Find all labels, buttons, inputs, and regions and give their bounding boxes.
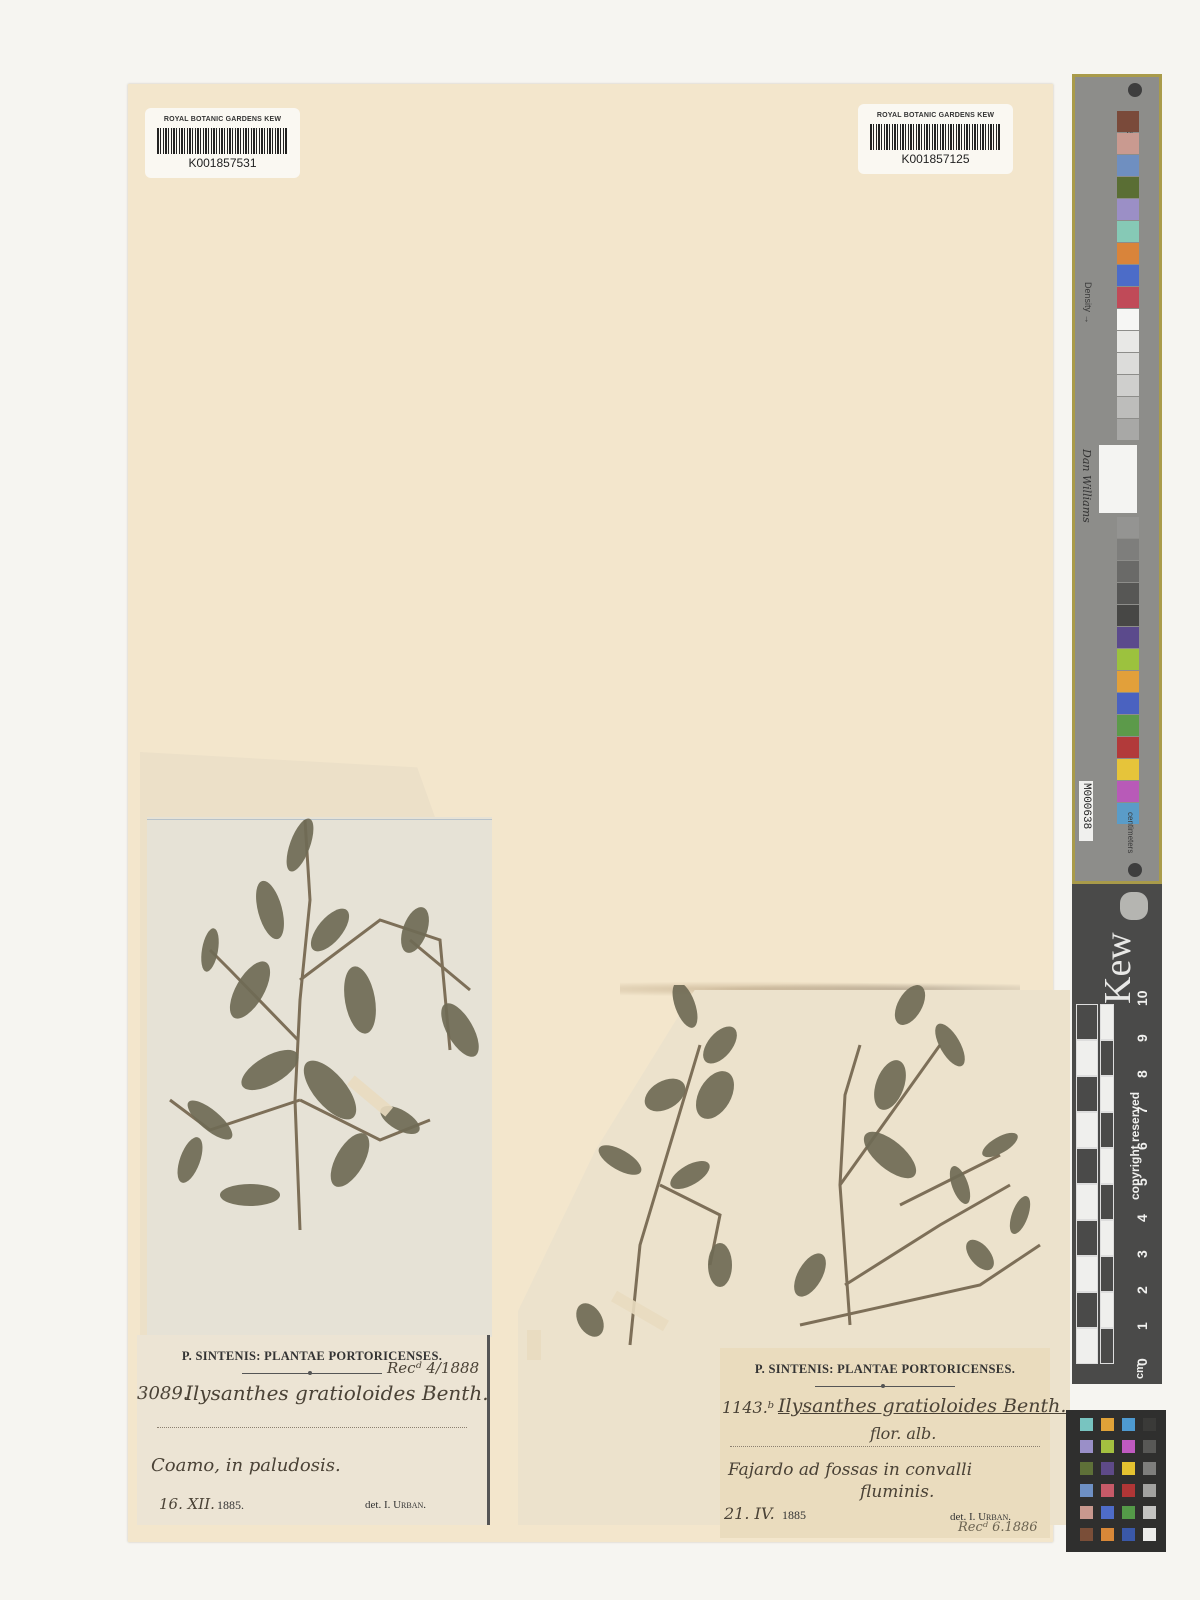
taxon-name: Ilysanthes gratioloides Benth. [778,1395,1066,1417]
kew-scale-bar: Kew copyright reserved 012345678910 cm [1072,884,1162,1384]
institution-name: ROYAL BOTANIC GARDENS KEW [858,112,1013,119]
color-patch [1117,539,1139,560]
locality-line-1: Fajardo ad fossas in convalli [728,1460,972,1480]
color-checker-card [1066,1410,1166,1552]
collection-year: 1885. [217,1498,244,1513]
locality: Coamo, in paludosis. [151,1455,341,1476]
ruler-segment [1100,1148,1114,1184]
color-patch [1117,671,1139,692]
color-patch [1117,353,1139,374]
flower-note: flor. alb. [870,1424,936,1443]
color-patch [1117,331,1139,352]
checker-swatch [1122,1506,1135,1519]
resolution-target [1099,445,1137,513]
color-patch [1117,221,1139,242]
barcode-label-left: ROYAL BOTANIC GARDENS KEW K001857531 [145,108,300,178]
reference-id-label: M000638 [1079,781,1093,841]
collection-year: 1885 [782,1508,806,1523]
color-patch [1117,693,1139,714]
checker-swatch [1080,1484,1093,1497]
color-patch [1117,155,1139,176]
checker-swatch [1143,1484,1156,1497]
ruler-tick-label: 2 [1134,1286,1150,1294]
checker-swatch [1101,1440,1114,1453]
unit-label: cm [1134,1363,1146,1379]
color-patch [1117,243,1139,264]
ruler-tick-label: 10 [1134,990,1150,1006]
checker-swatch [1122,1418,1135,1431]
color-patch [1117,199,1139,220]
determiner: det. I. Urban. [365,1499,426,1511]
ruler-tick-label: 6 [1134,1142,1150,1150]
ruler-tick-label: 3 [1134,1250,1150,1258]
color-patch [1117,583,1139,604]
barcode [870,124,1001,150]
checker-swatch [1101,1528,1114,1541]
ruler-tick-label: 8 [1134,1070,1150,1078]
color-patch [1117,759,1139,780]
ruler-segment [1100,1328,1114,1364]
checker-swatch [1143,1462,1156,1475]
color-patch [1117,715,1139,736]
left-plant-specimen [150,800,500,1240]
color-patch [1117,781,1139,802]
checker-swatch [1101,1462,1114,1475]
checker-swatch [1143,1440,1156,1453]
ruler-segment [1076,1148,1098,1184]
color-patch [1117,287,1139,308]
checker-swatch [1080,1462,1093,1475]
color-patch [1117,649,1139,670]
mounting-hole [1128,83,1142,97]
ruler-segment [1100,1004,1114,1040]
ruler-segment [1100,1220,1114,1256]
collection-date-day-month: 16. XII. [159,1495,215,1513]
checker-swatch [1101,1506,1114,1519]
checker-swatch [1122,1462,1135,1475]
color-patch [1117,561,1139,582]
ruler-segment [1076,1076,1098,1112]
checker-swatch [1122,1484,1135,1497]
color-patch [1117,133,1139,154]
color-patch [1117,517,1139,538]
ruler-segment [1100,1112,1114,1148]
ruler-segment [1076,1112,1098,1148]
ruler-segment [1100,1292,1114,1328]
ruler-tick-label: 9 [1134,1034,1150,1042]
ruler-segment [1100,1076,1114,1112]
specimen-label-left: P. SINTENIS: PLANTAE PORTORICENSES. Recᵈ… [137,1335,490,1525]
locality-line-2: fluminis. [860,1482,934,1502]
ruler-tick-label: 5 [1134,1178,1150,1186]
ruler-segment [1100,1184,1114,1220]
ruler-tick-label: 7 [1134,1106,1150,1114]
collection-date-day-month: 21. IV. [724,1504,775,1523]
density-label: Density → [1083,282,1093,324]
color-patch [1117,375,1139,396]
checker-swatch [1143,1506,1156,1519]
ruler-tick-label: 4 [1134,1214,1150,1222]
checker-swatch [1143,1528,1156,1541]
ruler-segment [1100,1256,1114,1292]
collection-number: 1143.ᵇ [722,1398,774,1417]
ruler-tick-label: 1 [1134,1322,1150,1330]
checker-swatch [1122,1528,1135,1541]
mounting-tape [527,1330,541,1360]
received-date: Recᵈ 4/1888 [387,1359,479,1377]
color-patch [1117,419,1139,440]
ruler-segment [1076,1328,1098,1364]
checker-swatch [1080,1440,1093,1453]
ornament-divider [815,1386,955,1387]
checker-swatch [1080,1528,1093,1541]
barcode-label-right: ROYAL BOTANIC GARDENS KEW K001857125 [858,104,1013,174]
checker-swatch [1122,1440,1135,1453]
received-date: Recᵈ 6.1886 [958,1520,1038,1535]
color-patch [1117,737,1139,758]
color-patch [1117,265,1139,286]
ruler-segment [1076,1256,1098,1292]
ornament-divider [242,1373,382,1374]
ruler-segment [1100,1040,1114,1076]
taxon-name: Ilysanthes gratioloides Benth. [185,1381,489,1405]
color-calibration-bar: inches Density → Dan Williams M000638 ce… [1072,74,1162,884]
ruler-segment [1076,1220,1098,1256]
color-patch [1117,627,1139,648]
signature: Dan Williams [1080,449,1093,523]
barcode [157,128,288,154]
ruler-segment [1076,1292,1098,1328]
mounting-hole [1128,863,1142,877]
ruler-segment [1076,1040,1098,1076]
centimeters-label: centimeters [1126,812,1135,853]
checker-swatch [1080,1506,1093,1519]
checker-swatch [1101,1484,1114,1497]
ruler-segment [1076,1004,1098,1040]
checker-swatch [1080,1418,1093,1431]
royal-crest-icon [1120,892,1148,920]
ruler-segment [1076,1184,1098,1220]
right-plant-specimen [560,985,1060,1355]
color-patch [1117,309,1139,330]
barcode-number: K001857125 [858,152,1013,166]
checker-swatch [1101,1418,1114,1431]
color-patch [1117,177,1139,198]
cm-ruler [1076,1004,1116,1364]
color-patch [1117,111,1139,132]
checker-swatch [1143,1418,1156,1431]
specimen-label-right: P. SINTENIS: PLANTAE PORTORICENSES. 1143… [720,1348,1050,1538]
collection-header: P. SINTENIS: PLANTAE PORTORICENSES. [720,1362,1050,1377]
color-patch [1117,605,1139,626]
collection-number: 3089. [137,1383,189,1404]
barcode-number: K001857531 [145,156,300,170]
color-patch [1117,397,1139,418]
institution-name: ROYAL BOTANIC GARDENS KEW [145,116,300,123]
